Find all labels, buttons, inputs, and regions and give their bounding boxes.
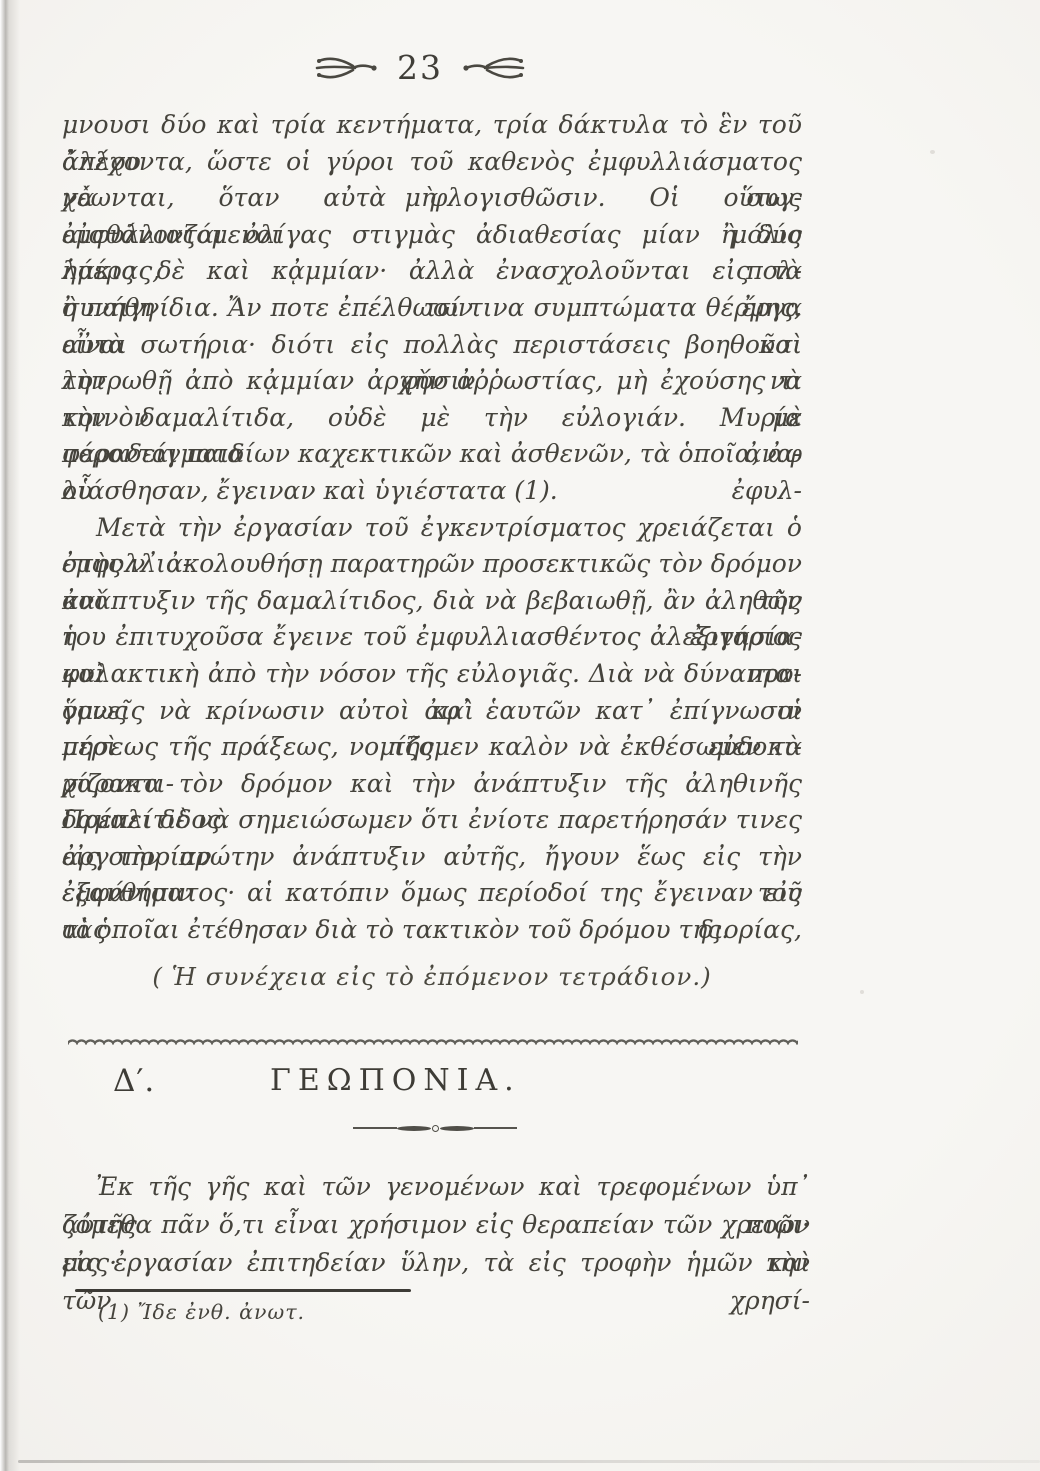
body-text-line: χέωνται, ὅταν αὐτὰ φλογισθῶσιν. Οἱ οὕτως… xyxy=(62,180,802,217)
page-number: 23 xyxy=(397,48,443,87)
main-text-column: μνουσι δύο καὶ τρία κεντήματα, τρία δάκτ… xyxy=(62,107,802,949)
body-text-line: φυλακτικὴ ἀπὸ τὴν νόσον τῆς εὐλογιᾶς. Δι… xyxy=(62,656,802,693)
section-title: ΓΕΩΠΟΝΙΑ. xyxy=(270,1063,520,1098)
body-text-line: ζόμεθα πᾶν ὅ,τι εἶναι χρήσιμον εἰς θεραπ… xyxy=(62,1206,810,1244)
body-text-line: μήσεως τῆς πράξεως, νομίζομεν καλὸν νὰ ἐ… xyxy=(62,729,802,766)
body-text-line: αἱ ὁποῖαι ἐτέθησαν διὰ τὸ τακτικὸν τοῦ δ… xyxy=(62,912,802,949)
footnote-rule xyxy=(75,1289,411,1292)
body-text-line: εἰς ἐργασίαν ἐπιτηδείαν ὕλην, τὰ εἰς τρο… xyxy=(62,1244,810,1282)
paper-speck xyxy=(930,150,935,154)
body-text-line: ἀνάπτυξιν τῆς δαμαλίτιδος, διὰ νὰ βεβαιω… xyxy=(62,583,802,620)
body-text-line: φέρονται παιδίων καχεκτικῶν καὶ ἀσθενῶν,… xyxy=(62,436,802,473)
body-text-line: του ἐπιτυχοῦσα ἔγεινε τοῦ ἐμφυλλιασθέντο… xyxy=(62,619,802,656)
body-text-line: στὴς ν᾽ ἀκολουθήσῃ παρατηρῶν προσεκτικῶς… xyxy=(62,546,802,583)
ornament-lens xyxy=(440,1126,474,1131)
body-text-line: ἢ παιγνίδια. Ἄν ποτε ἐπέλθωσί τινα συμπτ… xyxy=(62,290,802,327)
continuation-note: ( Ἡ συνέχεια εἰς τὸ ἐπόμενον τετράδιον.) xyxy=(62,962,802,991)
running-head: 23 xyxy=(0,48,840,87)
fleuron-leaf-icon xyxy=(463,55,525,81)
body-text-line: ἀπέχοντα, ὥστε οἱ γύροι τοῦ καθενὸς ἐμφυ… xyxy=(62,144,802,181)
ornament-hairline xyxy=(474,1127,518,1128)
footnote-text: (1) Ἴδε ἐνθ. ἀνωτ. xyxy=(98,1300,305,1324)
ornament-circle xyxy=(432,1125,439,1132)
body-text-line: αὐτὰ σωτήρια· διότι εἰς πολλὰς περιστάσε… xyxy=(62,327,802,364)
body-text-line: τὴν δαμαλίτιδα, οὐδὲ μὲ τὴν εὐλογιάν. Μυ… xyxy=(62,400,802,437)
scanned-book-page: 23 μνουσι δύο καὶ τρία κεντήματα, τρία δ… xyxy=(0,0,1040,1471)
body-text-line: αἰσθάνονται ὀλίγας στιγμὰς ἀδιαθεσίας μί… xyxy=(62,217,802,254)
section-number: Δ′. xyxy=(113,1063,155,1099)
page-left-edge-shadow xyxy=(0,0,20,1471)
body-text-line: Μετὰ τὴν ἐργασίαν τοῦ ἐγκεντρίσματος χρε… xyxy=(62,510,802,547)
body-text-line: Πρέπει δὲ νὰ σημειώσωμεν ὅτι ἐνίοτε παρε… xyxy=(62,802,802,839)
body-text-line: λυτρωθῇ ἀπὸ κᾀμμίαν ἀρχὴν ἀῤῥωστίας, μὴ … xyxy=(62,363,802,400)
body-text-line: εἰς τὴν πρώτην ἀνάπτυξιν αὐτῆς, ἤγουν ἕω… xyxy=(62,839,802,876)
heading-ornament-rule xyxy=(353,1124,517,1132)
body-text-line: ρίζοντα τὸν δρόμον καὶ τὴν ἀνάπτυξιν τῆς… xyxy=(62,766,802,803)
ornament-lens xyxy=(397,1126,431,1131)
body-text-line: Ἐκ τῆς γῆς καὶ τῶν γενομένων καὶ τρεφομέ… xyxy=(62,1168,810,1206)
body-text-line: μνουσι δύο καὶ τρία κεντήματα, τρία δάκτ… xyxy=(62,107,802,144)
geoponia-text-column: Ἐκ τῆς γῆς καὶ τῶν γενομένων καὶ τρεφομέ… xyxy=(62,1168,810,1282)
ornament-hairline xyxy=(353,1127,397,1128)
paper-speck xyxy=(860,990,864,994)
body-text-line: λάκις δὲ καὶ κᾀμμίαν· ἀλλὰ ἐνασχολοῦνται… xyxy=(62,253,802,290)
wavy-rule-divider xyxy=(68,1036,798,1045)
body-text-line: ἐξανθήματος· αἱ κατόπιν ὅμως περίοδοί τη… xyxy=(62,875,802,912)
fleuron-leaf-icon xyxy=(315,55,377,81)
page-bottom-edge-shadow xyxy=(18,1460,1040,1463)
body-text-line: γονεῖς νὰ κρίνωσιν αὐτοὶ ἀφ᾽ ἑαυτῶν κατ᾽… xyxy=(62,693,802,730)
